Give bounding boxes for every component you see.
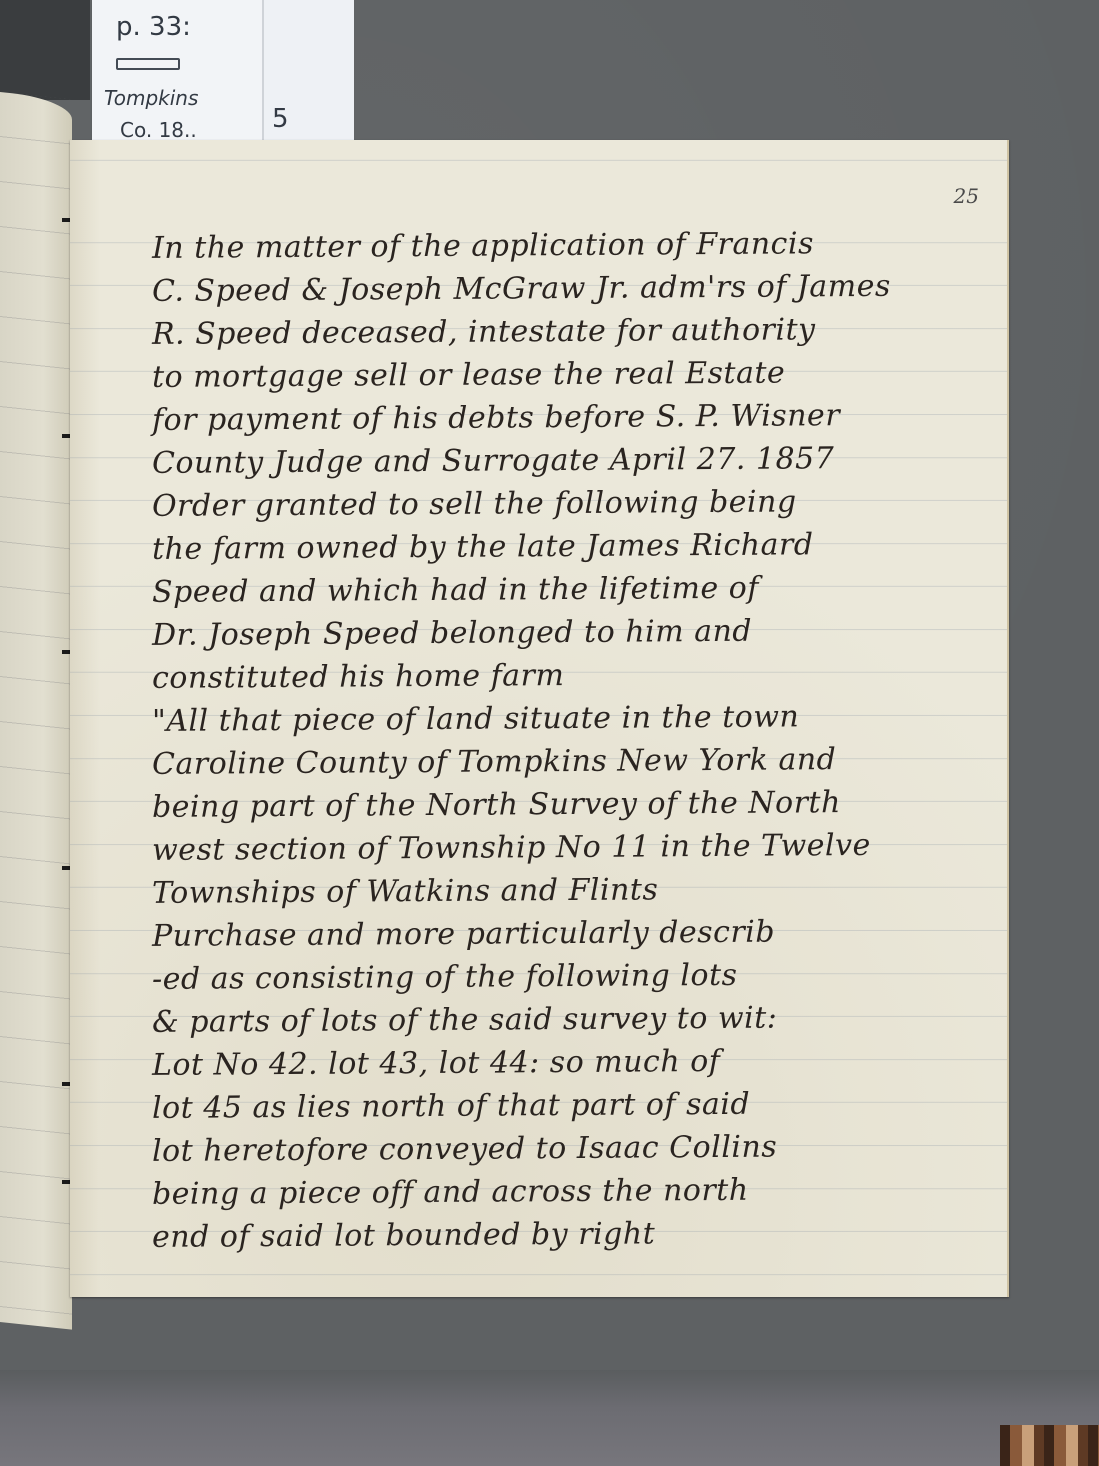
- text-line: Purchase and more particularly describ: [152, 913, 992, 954]
- text-line: Speed and which had in the lifetime of: [152, 569, 992, 610]
- text-line: the farm owned by the late James Richard: [152, 526, 992, 567]
- shadow-corner: [0, 0, 90, 100]
- wood-edge: [1000, 1425, 1099, 1466]
- sticky-note-page-ref: p. 33:: [116, 12, 191, 42]
- text-line: Caroline County of Tompkins New York and: [152, 741, 992, 782]
- sticky-note-number: 5: [272, 104, 289, 134]
- text-line: "All that piece of land situate in the t…: [152, 698, 992, 739]
- text-line: R. Speed deceased, intestate for authori…: [152, 311, 992, 352]
- text-line: County Judge and Surrogate April 27. 185…: [152, 440, 992, 481]
- sticky-note-year: Co. 18..: [120, 118, 197, 142]
- text-line: lot 45 as lies north of that part of sai…: [152, 1085, 992, 1126]
- text-line: Order granted to sell the following bein…: [152, 483, 992, 524]
- text-line: -ed as consisting of the following lots: [152, 956, 992, 997]
- table-surface: [0, 1370, 1099, 1466]
- sticky-note: p. 33: Tompkins Co. 18.. 5: [92, 0, 342, 146]
- text-line: being part of the North Survey of the No…: [152, 784, 992, 825]
- text-line: & parts of lots of the said survey to wi…: [152, 999, 992, 1040]
- text-line: for payment of his debts before S. P. Wi…: [152, 397, 992, 438]
- text-line: Lot No 42. lot 43, lot 44: so much of: [152, 1042, 992, 1083]
- sticky-note-underline: [116, 58, 180, 70]
- ledger-page: 25 In the matter of the application of F…: [70, 140, 1009, 1297]
- left-page: [0, 92, 72, 1330]
- text-line: Townships of Watkins and Flints: [152, 870, 992, 911]
- text-line: Dr. Joseph Speed belonged to him and: [152, 612, 992, 653]
- text-line: In the matter of the application of Fran…: [152, 225, 992, 266]
- page-number: 25: [954, 184, 979, 208]
- left-page-rules: [0, 92, 72, 1330]
- text-line: west section of Township No 11 in the Tw…: [152, 827, 992, 868]
- text-line: to mortgage sell or lease the real Estat…: [152, 354, 992, 395]
- text-line: being a piece off and across the north: [152, 1171, 992, 1212]
- text-line: C. Speed & Joseph McGraw Jr. adm'rs of J…: [152, 268, 992, 309]
- text-line: lot heretofore conveyed to Isaac Collins: [152, 1128, 992, 1169]
- sticky-note-county: Tompkins: [104, 86, 198, 110]
- text-line: end of said lot bounded by right: [152, 1214, 992, 1255]
- text-line: constituted his home farm: [152, 655, 992, 696]
